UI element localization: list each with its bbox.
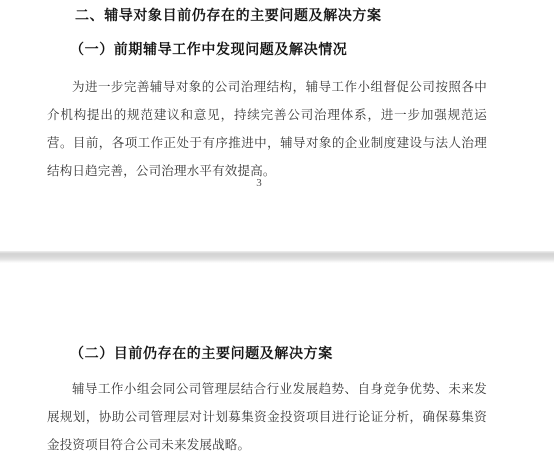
- body-paragraph-1: 为进一步完善辅导对象的公司治理结构，辅导工作小组督促公司按照各中介机构提出的规范…: [47, 73, 487, 185]
- subsection-heading-2: （二）目前仍存在的主要问题及解决方案: [70, 343, 333, 363]
- body-paragraph-2: 辅导工作小组会同公司管理层结合行业发展趋势、自身竞争优势、未来发展规划，协助公司…: [47, 375, 487, 459]
- page-number: 3: [239, 176, 279, 190]
- page-break-separator: [0, 251, 554, 263]
- document-viewer: 二、辅导对象目前仍存在的主要问题及解决方案 （一）前期辅导工作中发现问题及解决情…: [0, 0, 554, 462]
- section-heading: 二、辅导对象目前仍存在的主要问题及解决方案: [75, 5, 382, 25]
- subsection-heading-1: （一）前期辅导工作中发现问题及解决情况: [70, 39, 347, 59]
